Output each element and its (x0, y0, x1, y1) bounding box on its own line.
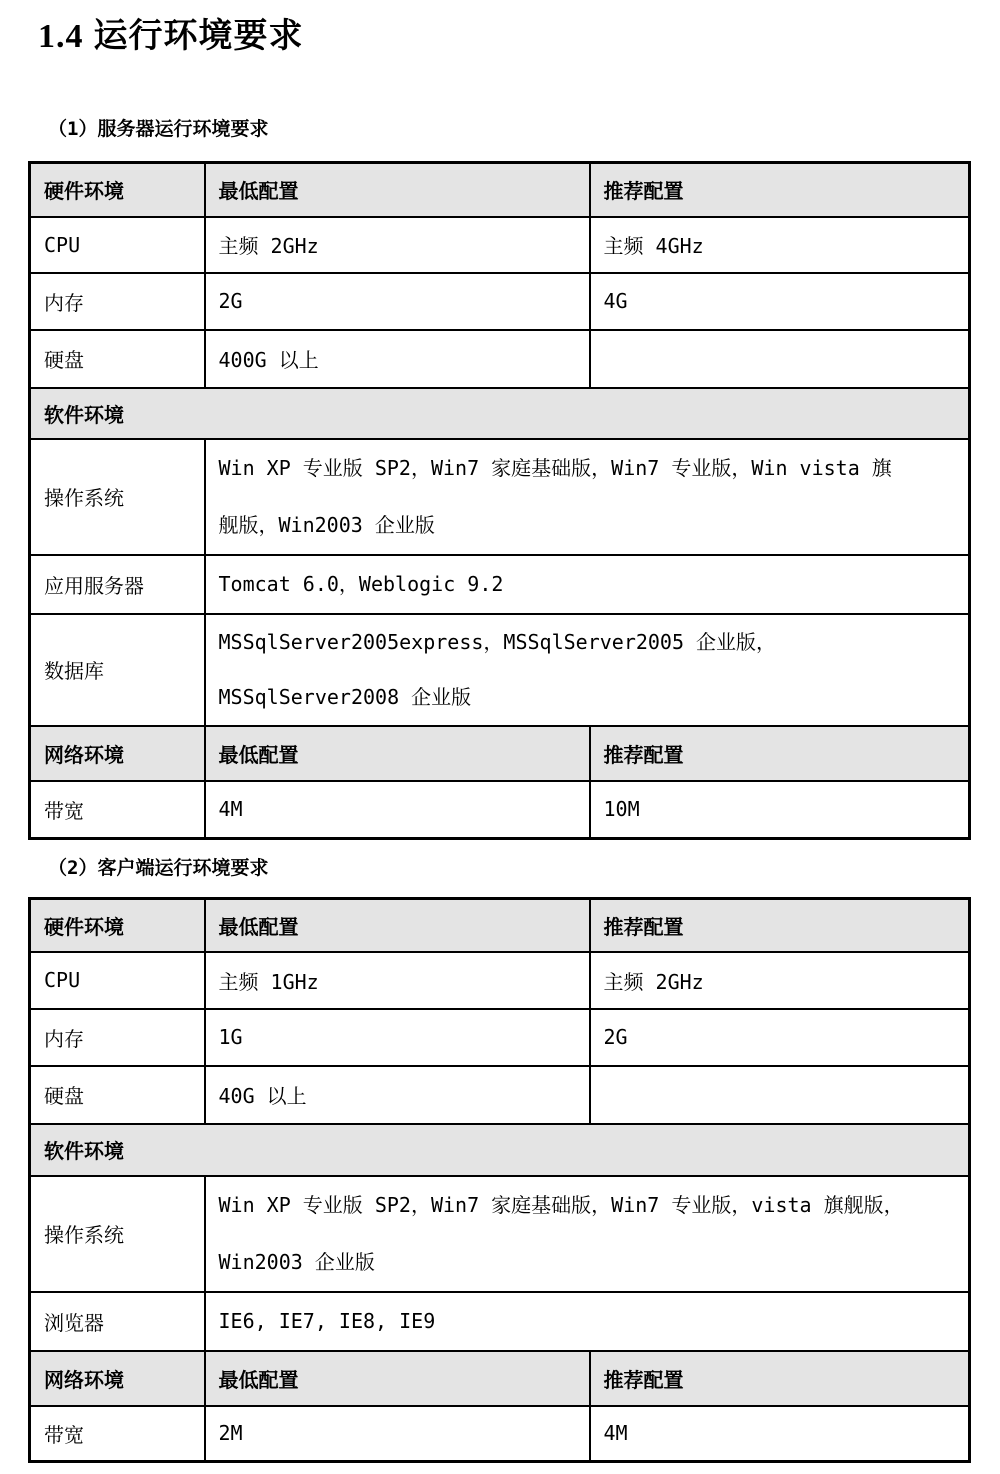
hardware-header-row: 硬件环境 最低配置 推荐配置 (30, 899, 970, 952)
table-row-os: 操作系统 Win XP 专业版 SP2，Win7 家庭基础版，Win7 专业版，… (30, 439, 970, 555)
page-title: 1.4运行环境要求 (38, 14, 1000, 60)
row-label-cell: 数据库 (30, 614, 205, 726)
column-header-minimum-config: 最低配置 (205, 726, 590, 781)
document-page: 1.4运行环境要求 （1）服务器运行环境要求 硬件环境 最低配置 推荐配置 CP… (0, 14, 1000, 1463)
section-number: 1.4 (38, 18, 84, 55)
value-line: 舰版，Win2003 企业版 (219, 497, 963, 554)
row-label-cell: 硬盘 (30, 330, 205, 388)
row-label-cell: CPU (30, 217, 205, 273)
minimum-config-cell: 40G 以上 (205, 1066, 590, 1124)
table-row-memory: 内存 1G 2G (30, 1009, 970, 1066)
column-header-network-env: 网络环境 (30, 726, 205, 781)
recommended-config-cell: 4M (590, 1406, 970, 1462)
client-env-table: 硬件环境 最低配置 推荐配置 CPU 主频 1GHz 主频 2GHz 内存 1G… (28, 897, 971, 1463)
column-header-minimum-config: 最低配置 (205, 1351, 590, 1406)
section-title: 运行环境要求 (94, 18, 304, 55)
column-header-recommended-config: 推荐配置 (590, 899, 970, 952)
value-cell: IE6, IE7, IE8, IE9 (205, 1292, 970, 1351)
recommended-config-cell: 主频 4GHz (590, 217, 970, 273)
value-cell: Win XP 专业版 SP2，Win7 家庭基础版，Win7 专业版，vista… (205, 1176, 970, 1292)
row-label-cell: 浏览器 (30, 1292, 205, 1351)
network-header-row: 网络环境 最低配置 推荐配置 (30, 1351, 970, 1406)
table-row-cpu: CPU 主频 2GHz 主频 4GHz (30, 217, 970, 273)
row-label-cell: 操作系统 (30, 1176, 205, 1292)
table-row-browser: 浏览器 IE6, IE7, IE8, IE9 (30, 1292, 970, 1351)
table-row-bandwidth: 带宽 2M 4M (30, 1406, 970, 1462)
row-label-cell: 内存 (30, 1009, 205, 1066)
value-line: Win XP 专业版 SP2，Win7 家庭基础版，Win7 专业版，Win v… (219, 440, 963, 497)
column-header-hardware-env: 硬件环境 (30, 163, 205, 217)
software-section-row: 软件环境 (30, 1124, 970, 1176)
recommended-config-cell (590, 1066, 970, 1124)
value-line: Tomcat 6.0，Weblogic 9.2 (219, 556, 963, 613)
subsection-2-heading: （2）客户端运行环境要求 (48, 855, 1000, 881)
row-label-cell: 应用服务器 (30, 555, 205, 614)
column-header-network-env: 网络环境 (30, 1351, 205, 1406)
minimum-config-cell: 主频 2GHz (205, 217, 590, 273)
column-header-minimum-config: 最低配置 (205, 899, 590, 952)
minimum-config-cell: 4M (205, 781, 590, 839)
table-row-bandwidth: 带宽 4M 10M (30, 781, 970, 839)
table-row-disk: 硬盘 400G 以上 (30, 330, 970, 388)
table-row-cpu: CPU 主频 1GHz 主频 2GHz (30, 952, 970, 1009)
server-env-table: 硬件环境 最低配置 推荐配置 CPU 主频 2GHz 主频 4GHz 内存 2G… (28, 161, 971, 840)
table-row-database: 数据库 MSSqlServer2005express，MSSqlServer20… (30, 614, 970, 726)
section-header-cell: 软件环境 (30, 388, 970, 439)
value-cell: Tomcat 6.0，Weblogic 9.2 (205, 555, 970, 614)
column-header-minimum-config: 最低配置 (205, 163, 590, 217)
column-header-recommended-config: 推荐配置 (590, 1351, 970, 1406)
column-header-hardware-env: 硬件环境 (30, 899, 205, 952)
minimum-config-cell: 400G 以上 (205, 330, 590, 388)
row-label-cell: 带宽 (30, 1406, 205, 1462)
value-line: MSSqlServer2005express，MSSqlServer2005 企… (219, 615, 963, 670)
table-row-disk: 硬盘 40G 以上 (30, 1066, 970, 1124)
recommended-config-cell: 2G (590, 1009, 970, 1066)
value-line: Win XP 专业版 SP2，Win7 家庭基础版，Win7 专业版，vista… (219, 1177, 963, 1234)
recommended-config-cell: 4G (590, 273, 970, 330)
row-label-cell: 操作系统 (30, 439, 205, 555)
table-row-memory: 内存 2G 4G (30, 273, 970, 330)
recommended-config-cell: 10M (590, 781, 970, 839)
value-cell: MSSqlServer2005express，MSSqlServer2005 企… (205, 614, 970, 726)
value-line: IE6, IE7, IE8, IE9 (219, 1293, 963, 1350)
minimum-config-cell: 2G (205, 273, 590, 330)
minimum-config-cell: 1G (205, 1009, 590, 1066)
value-cell: Win XP 专业版 SP2，Win7 家庭基础版，Win7 专业版，Win v… (205, 439, 970, 555)
column-header-recommended-config: 推荐配置 (590, 726, 970, 781)
section-header-cell: 软件环境 (30, 1124, 970, 1176)
column-header-recommended-config: 推荐配置 (590, 163, 970, 217)
software-section-row: 软件环境 (30, 388, 970, 439)
table-row-app-server: 应用服务器 Tomcat 6.0，Weblogic 9.2 (30, 555, 970, 614)
table-row-os: 操作系统 Win XP 专业版 SP2，Win7 家庭基础版，Win7 专业版，… (30, 1176, 970, 1292)
hardware-header-row: 硬件环境 最低配置 推荐配置 (30, 163, 970, 217)
value-line: MSSqlServer2008 企业版 (219, 670, 963, 725)
recommended-config-cell: 主频 2GHz (590, 952, 970, 1009)
row-label-cell: 硬盘 (30, 1066, 205, 1124)
row-label-cell: 内存 (30, 273, 205, 330)
row-label-cell: CPU (30, 952, 205, 1009)
row-label-cell: 带宽 (30, 781, 205, 839)
subsection-1-heading: （1）服务器运行环境要求 (48, 116, 1000, 142)
value-line: Win2003 企业版 (219, 1234, 963, 1291)
recommended-config-cell (590, 330, 970, 388)
minimum-config-cell: 2M (205, 1406, 590, 1462)
network-header-row: 网络环境 最低配置 推荐配置 (30, 726, 970, 781)
minimum-config-cell: 主频 1GHz (205, 952, 590, 1009)
